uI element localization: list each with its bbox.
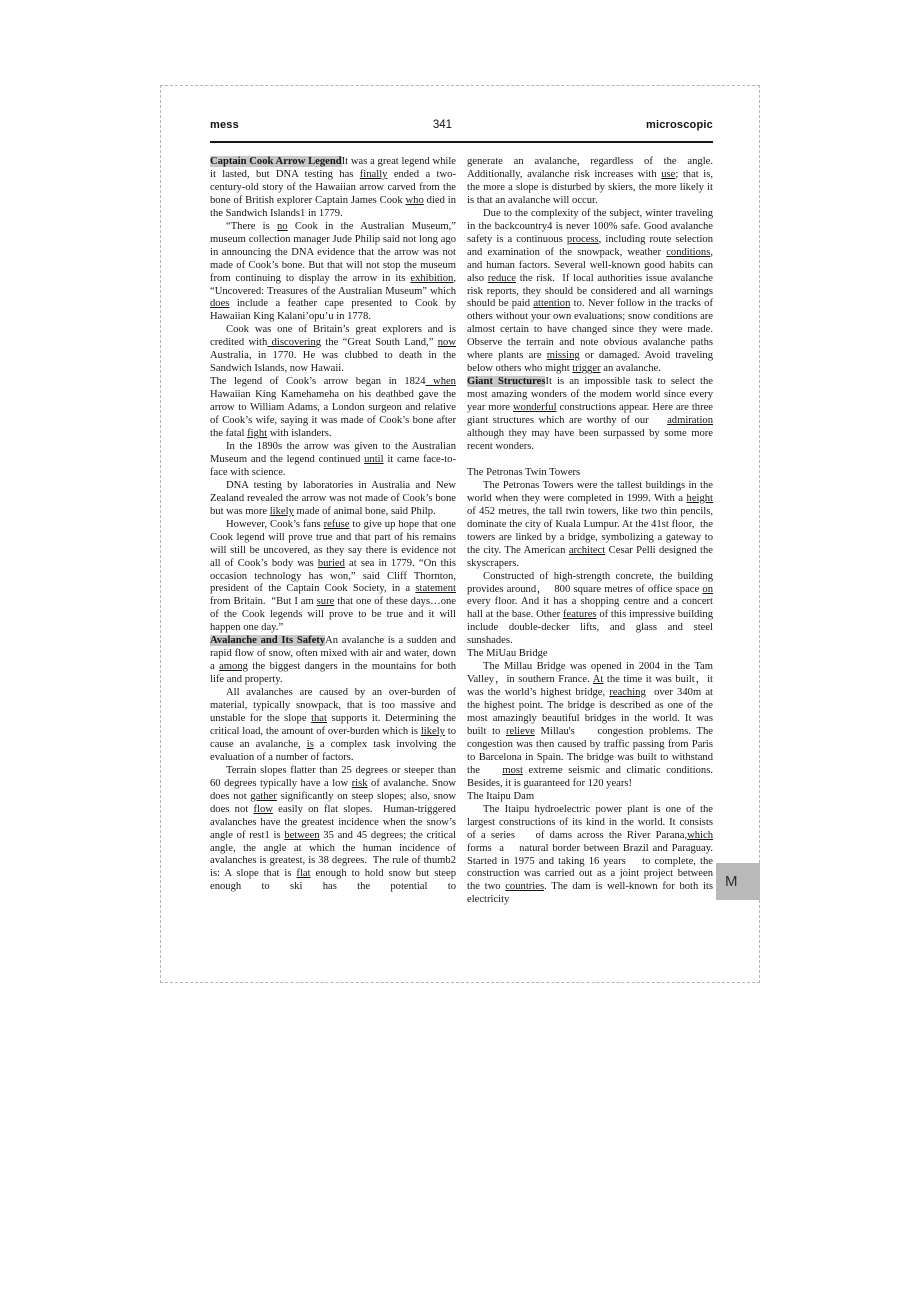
underlined-word: missing	[547, 350, 580, 361]
guide-word-left: mess	[210, 119, 239, 131]
underlined-word: buried	[318, 558, 345, 569]
underlined-word: fight	[247, 428, 267, 439]
text-run: with islanders.	[267, 428, 331, 439]
underlined-word: trigger	[572, 363, 600, 374]
underlined-word: attention	[533, 298, 570, 309]
running-header: mess 341 microscopic	[210, 119, 713, 131]
two-column-text-body: Captain Cook Arrow LegendIt was a great …	[210, 156, 713, 907]
text-run: The legend of Cook’s arrow began in 1824	[210, 376, 426, 387]
underlined-word: refuse	[324, 519, 350, 530]
paragraph: In the 1890s the arrow was given to the …	[210, 441, 456, 480]
text-run: The Petronas Towers were the tallest bui…	[467, 480, 713, 504]
underlined-word: which	[687, 830, 713, 841]
text-run: made of animal bone, said Philp.	[294, 506, 436, 517]
paragraph: Due to the complexity of the subject, wi…	[467, 208, 713, 376]
paragraph: The Itaipu Dam	[467, 791, 713, 804]
section-paragraph: Giant StructuresIt is an impossible task…	[467, 376, 713, 454]
underlined-word: risk	[352, 778, 368, 789]
underlined-word: on	[702, 584, 713, 595]
text-run: from Britain. “But I am	[210, 596, 317, 607]
section-paragraph: Avalanche and Its SafetyAn avalanche is …	[210, 635, 456, 687]
paragraph: The MiUau Bridge	[467, 648, 713, 661]
underlined-word: height	[687, 493, 713, 504]
underlined-word: most	[502, 765, 523, 776]
section-heading: Captain Cook Arrow Legend	[210, 156, 342, 167]
underlined-word: is	[307, 739, 314, 750]
text-run: the “Great South Land,”	[321, 337, 438, 348]
underlined-word: exhibition	[410, 273, 453, 284]
underlined-word: features	[563, 609, 597, 620]
underlined-word: relieve	[506, 726, 535, 737]
text-run: The Itaipu hydroelectric power plant is …	[467, 804, 713, 841]
underlined-word: who	[406, 195, 424, 206]
underlined-word: that	[311, 713, 327, 724]
paragraph: However, Cook’s fans refuse to give up h…	[210, 519, 456, 636]
paragraph: The legend of Cook’s arrow began in 1824…	[210, 376, 456, 441]
text-run: Constructed of high-strength concrete, t…	[467, 571, 713, 595]
underlined-word: gather	[250, 791, 276, 802]
underlined-word: no	[277, 221, 288, 232]
underlined-word: sure	[317, 596, 335, 607]
underlined-word: flat	[296, 868, 310, 879]
text-run: The MiUau Bridge	[467, 648, 548, 659]
underlined-word: architect	[569, 545, 605, 556]
guide-word-right: microscopic	[646, 119, 713, 131]
header-rule	[210, 141, 713, 143]
underlined-word: finally	[360, 169, 388, 180]
underlined-word: reduce	[488, 273, 516, 284]
paragraph: The Petronas Towers were the tallest bui…	[467, 480, 713, 571]
paragraph: generate an avalanche, regardless of the…	[467, 156, 713, 208]
underlined-word: countries	[505, 881, 544, 892]
paragraph: Terrain slopes flatter than 25 degrees o…	[210, 765, 456, 895]
paragraph: The Petronas Twin Towers	[467, 467, 713, 480]
underlined-word: flow	[253, 804, 272, 815]
underlined-word: likely	[270, 506, 294, 517]
page-number: 341	[433, 119, 452, 131]
text-run: Australia, in 1770. He was clubbed to de…	[210, 350, 456, 374]
underlined-word: between	[284, 830, 319, 841]
underlined-word: use	[661, 169, 675, 180]
underlined-word: now	[438, 337, 456, 348]
thumb-index-tab: M	[716, 863, 760, 900]
section-heading: Giant Structures	[467, 376, 545, 387]
paragraph: DNA testing by laboratories in Australia…	[210, 480, 456, 519]
paragraph: The Itaipu hydroelectric power plant is …	[467, 804, 713, 908]
text-column-left: Captain Cook Arrow LegendIt was a great …	[210, 156, 456, 907]
thumb-index-letter: M	[725, 873, 738, 890]
underlined-word: until	[364, 454, 383, 465]
text-run: However, Cook’s fans	[226, 519, 324, 530]
underlined-word: process	[567, 234, 599, 245]
underlined-word: when	[426, 376, 456, 387]
paragraph: Constructed of high-strength concrete, t…	[467, 571, 713, 649]
section-heading: Avalanche and Its Safety	[210, 635, 325, 646]
underlined-word: does	[210, 298, 229, 309]
paragraph: All avalanches are caused by an over-bur…	[210, 687, 456, 765]
text-column-right: generate an avalanche, regardless of the…	[467, 156, 713, 907]
underlined-word: admiration	[667, 415, 713, 426]
text-run: The Itaipu Dam	[467, 791, 534, 802]
underlined-word: statement	[415, 583, 456, 594]
text-run: The Petronas Twin Towers	[467, 467, 580, 478]
underlined-word: likely	[421, 726, 445, 737]
underlined-word: conditions	[666, 247, 710, 258]
text-run: “There is	[226, 221, 277, 232]
text-run: an avalanche.	[601, 363, 661, 374]
underlined-word: discovering	[267, 337, 321, 348]
paragraph: Cook was one of Britain’s great explorer…	[210, 324, 456, 376]
text-run: include a feather cape presented to Cook…	[210, 298, 456, 322]
underlined-word: At	[593, 674, 604, 685]
underlined-word: wonderful	[513, 402, 557, 413]
paragraph: “There is no Cook in the Australian Muse…	[210, 221, 456, 325]
underlined-word: among	[219, 661, 248, 672]
section-paragraph: Captain Cook Arrow LegendIt was a great …	[210, 156, 456, 221]
document-page: mess 341 microscopic Captain Cook Arrow …	[0, 0, 920, 1302]
paragraph: The Millau Bridge was opened in 2004 in …	[467, 661, 713, 791]
underlined-word: reaching	[609, 687, 645, 698]
text-run: although they may have been surpassed by…	[467, 428, 713, 452]
